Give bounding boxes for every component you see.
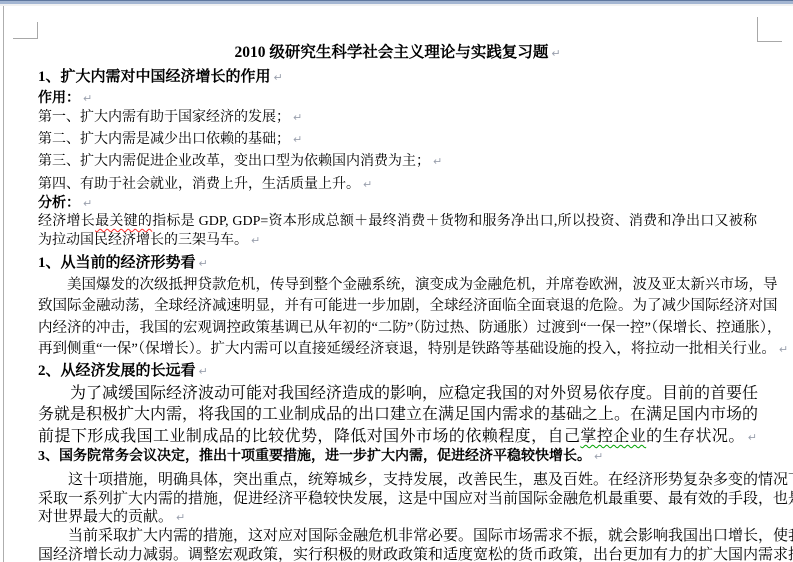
heading-section-3[interactable]: 3、国务院常务会议决定，推出十项重要措施，进一步扩大内需，促进经济平稳较快增长。… bbox=[38, 449, 757, 466]
text-boundary-mark-top-left bbox=[13, 22, 38, 39]
text-line[interactable]: 为拉动国民经济增长的三架马车。↵ bbox=[38, 233, 757, 250]
text-line[interactable]: 致国际金融动荡，全球经济减速明显，并有可能进一步加剧，全球经济面临全面衰退的危险… bbox=[38, 298, 757, 315]
text-line[interactable]: 务就是积极扩大内需，将我国的工业制成品的出口建立在满足国内需求的基础之上。在满足… bbox=[38, 405, 757, 424]
text-line[interactable]: 经济增长最关键的指标是 GDP, GDP=资本形成总额＋最终消费＋货物和服务净出… bbox=[38, 214, 757, 231]
window-top-edge-shadow bbox=[0, 4, 793, 6]
paragraph-mark: ↵ bbox=[293, 133, 302, 146]
paragraph-mark: ↵ bbox=[363, 178, 372, 191]
heading-section-1[interactable]: 1、从当前的经济形势看↵ bbox=[38, 254, 757, 272]
text-line[interactable]: 第四、有助于社会就业，消费上升，生活质量上升。↵ bbox=[38, 177, 757, 194]
text-line[interactable]: 国经济增长动力减弱。调整宏观政策，实行积极的财政政策和适度宽松的货币政策，出台更… bbox=[38, 546, 757, 562]
spellcheck-squiggle: 最关键的 bbox=[95, 214, 152, 229]
text-line[interactable]: 美国爆发的次级抵押贷款危机，传导到整个金融系统，演变成为金融危机，并席卷欧洲，波… bbox=[38, 277, 757, 294]
paragraph-mark: ↵ bbox=[251, 234, 260, 247]
text-line[interactable]: 为了减缓国际经济波动可能对我国经济造成的影响，应稳定我国的对外贸易依存度。目前的… bbox=[38, 384, 757, 403]
doc-title[interactable]: 2010 级研究生科学社会主义理论与实践复习题↵ bbox=[38, 44, 757, 63]
text-boundary-mark-top-right bbox=[757, 17, 782, 42]
grammar-squiggle: 掌控企业 bbox=[580, 428, 646, 445]
heading-q1[interactable]: 1、扩大内需对中国经济增长的作用↵ bbox=[38, 68, 757, 86]
paragraph-mark: ↵ bbox=[176, 511, 185, 524]
text-line[interactable]: 这十项措施，明确具体，突出重点，统筹城乡，支持发展，改善民生，惠及百姓。在经济形… bbox=[38, 471, 757, 489]
text-line[interactable]: 第二、扩大内需是减少出口依赖的基础；↵ bbox=[38, 132, 757, 149]
paragraph-mark: ↵ bbox=[551, 47, 560, 60]
paragraph-mark: ↵ bbox=[274, 71, 283, 84]
paragraph-mark: ↵ bbox=[594, 450, 603, 463]
paragraph-mark: ↵ bbox=[748, 431, 757, 444]
paragraph-mark: ↵ bbox=[83, 92, 92, 105]
heading-section-2[interactable]: 2、从经济发展的长远看↵ bbox=[38, 362, 757, 380]
page-left-edge bbox=[3, 6, 4, 562]
text-line[interactable]: 当前采取扩大内需的措施，这对应对国际金融危机非常必要。国际市场需求不振，就会影响… bbox=[38, 527, 757, 545]
paragraph-mark: ↵ bbox=[779, 343, 788, 356]
paragraph-mark: ↵ bbox=[199, 365, 208, 378]
text-line[interactable]: 对世界最大的贡献。↵ bbox=[38, 508, 757, 526]
paragraph-mark: ↵ bbox=[199, 257, 208, 270]
text-line[interactable]: 第三、扩大内需促进企业改革，变出口型为依赖国内消费为主；↵ bbox=[38, 154, 757, 171]
label-fenxi[interactable]: 分析：↵ bbox=[38, 196, 757, 213]
text-line[interactable]: 第一、扩大内需有助于国家经济的发展；↵ bbox=[38, 110, 757, 127]
paragraph-mark: ↵ bbox=[293, 111, 302, 124]
paragraph-mark: ↵ bbox=[83, 197, 92, 210]
label-zuoyong[interactable]: 作用：↵ bbox=[38, 91, 757, 108]
paragraph-mark: ↵ bbox=[433, 155, 442, 168]
text-line[interactable]: 采取一系列扩大内需的措施，促进经济平稳较快发展，这是中国应对当前国际金融危机最重… bbox=[38, 490, 757, 508]
word-document-window: 2010 级研究生科学社会主义理论与实践复习题↵ 1、扩大内需对中国经济增长的作… bbox=[0, 0, 793, 562]
text-line[interactable]: 内经济的冲击，我国的宏观调控政策基调已从年初的“二防”（防过热、防通胀）过渡到“… bbox=[38, 320, 757, 337]
text-line[interactable]: 再到侧重“一保”（保增长）。扩大内需可以直接延缓经济衰退，特别是铁路等基础设施的… bbox=[38, 341, 757, 358]
text-line[interactable]: 前提下形成我国工业制成品的比较优势，降低对国外市场的依赖程度，自己掌控企业的生存… bbox=[38, 427, 757, 446]
